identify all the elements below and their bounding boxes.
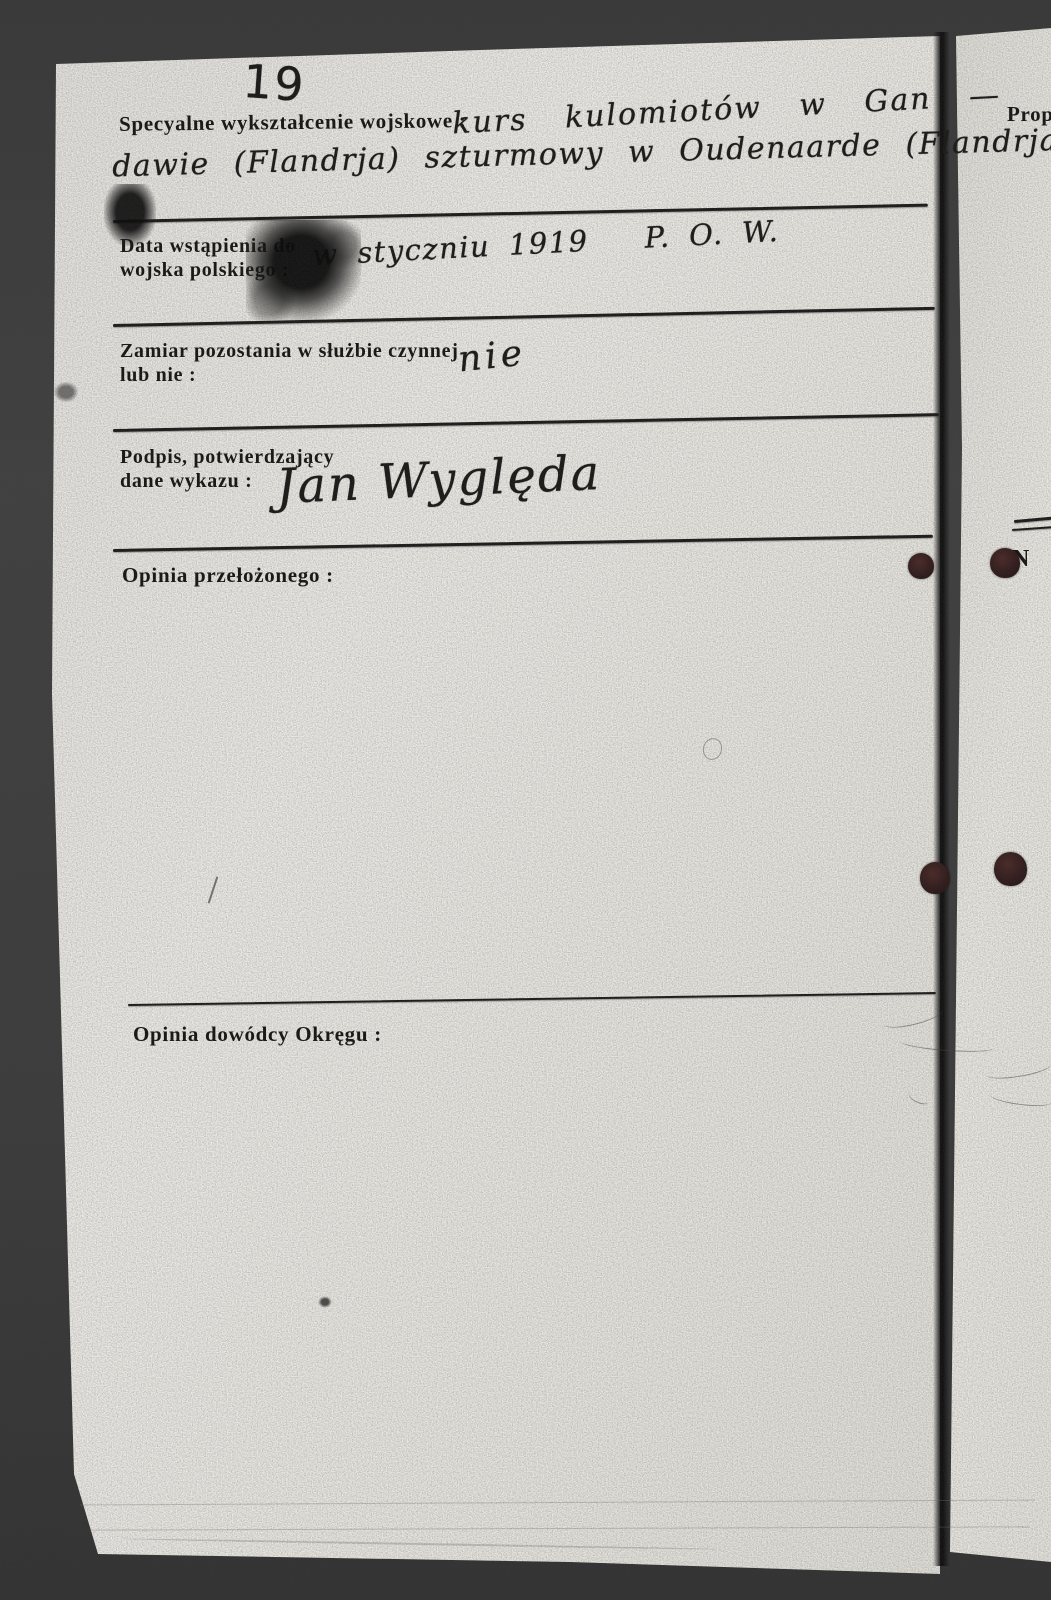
handwritten-answer-nie: nie xyxy=(456,333,528,381)
field-label-district-commander-opinion: Opinia dowódcy Okręgu : xyxy=(133,1022,382,1047)
field-label-date-of-enlistment: Data wstąpienia do wojska polskiego : xyxy=(120,234,296,282)
field-label-line: Zamiar pozostania w służbie czynnej xyxy=(120,339,459,363)
grommet-dot xyxy=(994,852,1027,886)
adjacent-page-sheet xyxy=(948,28,1051,1562)
page-fold xyxy=(933,32,950,1566)
grommet-dot xyxy=(908,553,934,579)
field-label-line: wojska polskiego : xyxy=(120,258,296,282)
adjacent-page-header-fragment: Prop xyxy=(1007,102,1051,127)
field-label-line: Data wstąpienia do xyxy=(120,234,296,258)
grommet-dot xyxy=(990,548,1020,578)
field-label-superior-opinion: Opinia przełożonego : xyxy=(122,563,334,588)
field-label-line: lub nie : xyxy=(120,363,459,387)
field-label-special-military-education: Specyalne wykształcenie wojskowe : xyxy=(119,108,467,137)
page-number: 19 xyxy=(241,54,307,112)
scanned-document: 19 Specyalne wykształcenie wojskowe : ku… xyxy=(0,0,1051,1600)
field-label-intention-active-service: Zamiar pozostania w służbie czynnej lub … xyxy=(120,339,459,387)
grommet-dot xyxy=(920,862,950,894)
